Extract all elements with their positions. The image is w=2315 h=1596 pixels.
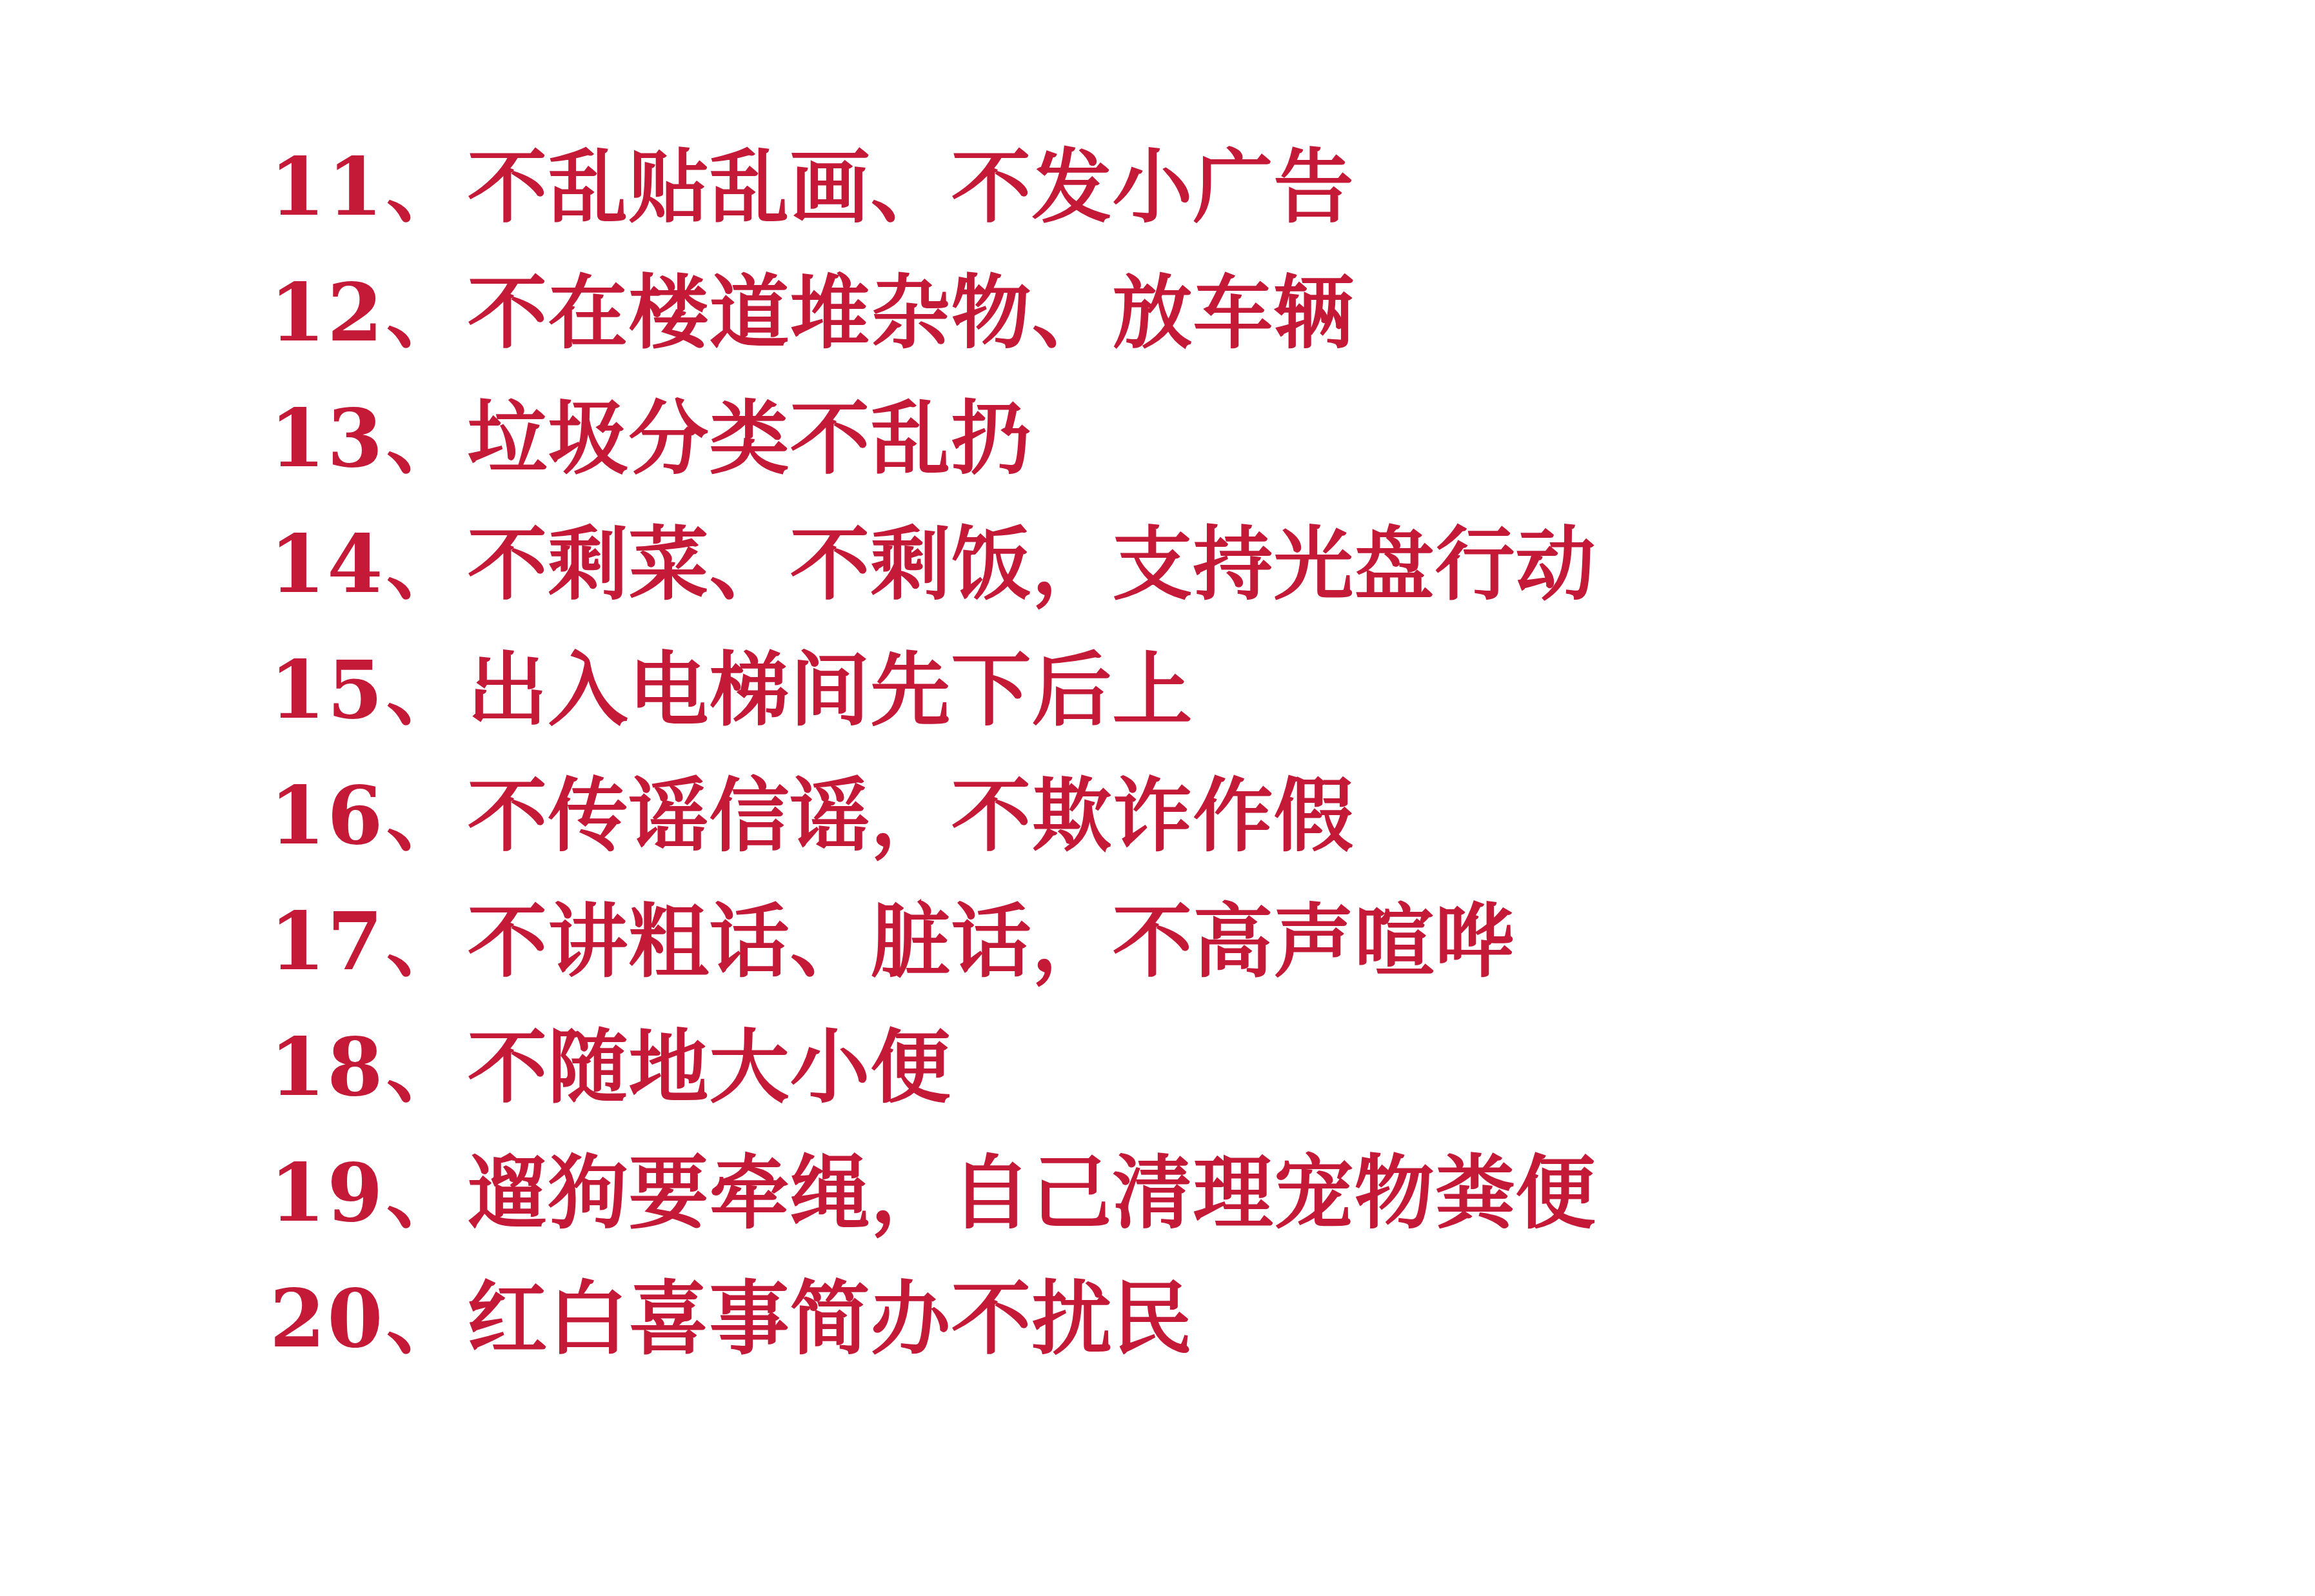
item-separator: 、 — [386, 1028, 466, 1108]
list-item: 18、不随地大小便 — [270, 1005, 1596, 1130]
item-separator: 、 — [386, 902, 466, 982]
document-page: 11、不乱贴乱画、不发小广告 12、不在楼道堆杂物、放车辆 13、垃圾分类不乱扔… — [0, 0, 2315, 1596]
item-text: 红白喜事简办不扰民 — [468, 1279, 1193, 1359]
list-item: 20、红白喜事简办不扰民 — [270, 1256, 1596, 1382]
list-item: 17、不讲粗话、脏话，不高声喧哗 — [270, 879, 1596, 1005]
item-text: 不传谣信谣，不欺诈作假 — [468, 776, 1355, 856]
civility-rules-list: 11、不乱贴乱画、不发小广告 12、不在楼道堆杂物、放车辆 13、垃圾分类不乱扔… — [270, 124, 1596, 1382]
item-text: 不乱贴乱画、不发小广告 — [468, 148, 1355, 228]
item-separator: 、 — [386, 1279, 466, 1359]
item-separator: 、 — [386, 273, 466, 353]
item-text: 垃圾分类不乱扔 — [468, 399, 1032, 479]
item-separator: 、 — [386, 148, 466, 228]
item-number: 14 — [270, 525, 385, 605]
list-item: 14、不剩菜、不剩饭，支持光盘行动 — [270, 502, 1596, 627]
list-item: 12、不在楼道堆杂物、放车辆 — [270, 250, 1596, 376]
item-separator: 、 — [386, 1154, 466, 1234]
item-number: 19 — [270, 1154, 385, 1234]
item-separator: 、 — [386, 776, 466, 856]
list-item: 19、遛狗要牵绳，自己清理宠物粪便 — [270, 1130, 1596, 1256]
list-item: 13、垃圾分类不乱扔 — [270, 376, 1596, 502]
item-separator: 、 — [386, 399, 466, 479]
item-separator: 、 — [386, 525, 466, 605]
item-number: 13 — [270, 399, 385, 479]
item-number: 17 — [270, 902, 385, 982]
item-number: 11 — [270, 148, 385, 228]
item-text: 遛狗要牵绳，自己清理宠物粪便 — [468, 1154, 1596, 1234]
item-number: 16 — [270, 776, 385, 856]
item-number: 20 — [270, 1279, 385, 1359]
item-number: 18 — [270, 1028, 385, 1108]
item-number: 12 — [270, 273, 385, 353]
list-item: 11、不乱贴乱画、不发小广告 — [270, 124, 1596, 250]
item-text: 不随地大小便 — [468, 1028, 951, 1108]
item-text: 出入电梯间先下后上 — [468, 651, 1193, 731]
list-item: 16、不传谣信谣，不欺诈作假 — [270, 753, 1596, 879]
item-text: 不剩菜、不剩饭，支持光盘行动 — [468, 525, 1596, 605]
item-text: 不讲粗话、脏话，不高声喧哗 — [468, 902, 1516, 982]
item-number: 15 — [270, 651, 385, 731]
item-text: 不在楼道堆杂物、放车辆 — [468, 273, 1355, 353]
item-separator: 、 — [386, 651, 466, 731]
list-item: 15、出入电梯间先下后上 — [270, 627, 1596, 753]
